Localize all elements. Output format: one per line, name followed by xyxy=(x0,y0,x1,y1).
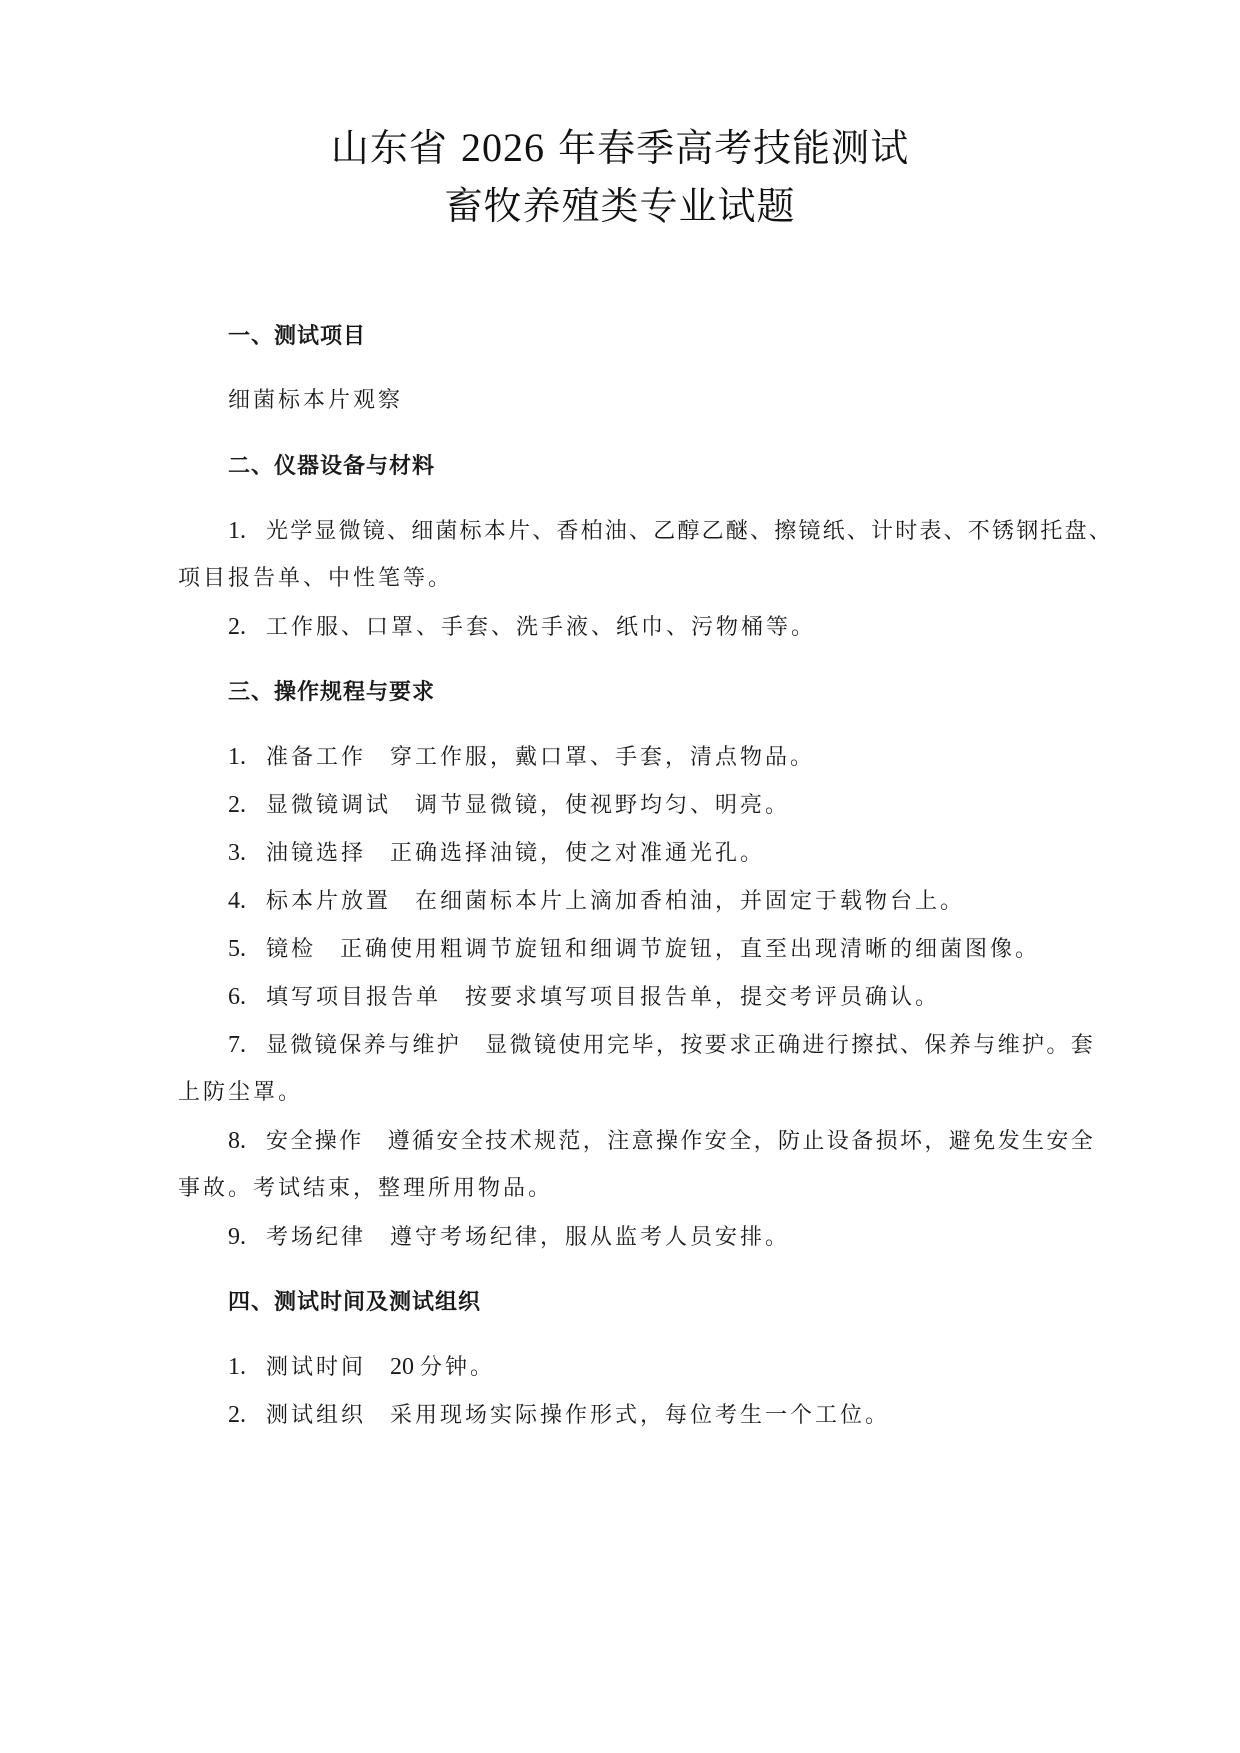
procedure-item-6: 6.填写项目报告单按要求填写项目报告单，提交考评员确认。 xyxy=(228,982,940,1013)
time-item-1: 1.测试时间20分钟。 xyxy=(228,1352,495,1383)
title-prefix: 山东省 xyxy=(331,126,448,170)
item-number: 9. xyxy=(228,1222,266,1252)
time-item-2: 2.测试组织采用现场实际操作形式，每位考生一个工位。 xyxy=(228,1400,890,1431)
procedure-item-4: 4.标本片放置在细菌标本片上滴加香柏油，并固定于载物台上。 xyxy=(228,886,965,917)
item-text: 按要求填写项目报告单，提交考评员确认。 xyxy=(465,985,940,1010)
item-number: 4. xyxy=(228,886,266,916)
equipment-item-1-continuation: 项目报告单、中性笔等。 xyxy=(178,564,453,594)
item-text: 正确使用粗调节旋钮和细调节旋钮，直至出现清晰的细菌图像。 xyxy=(340,937,1040,962)
item-label: 考场纪律 xyxy=(266,1225,366,1250)
title-suffix: 年春季高考技能测试 xyxy=(558,126,909,170)
procedure-item-9: 9.考场纪律遵守考场纪律，服从监考人员安排。 xyxy=(228,1222,790,1253)
procedure-item-8: 8.安全操作遵循安全技术规范，注意操作安全，防止设备损坏，避免发生安全 xyxy=(228,1126,1095,1157)
procedure-item-3: 3.油镜选择正确选择油镜，使之对准通光孔。 xyxy=(228,838,765,869)
item-number: 1. xyxy=(228,742,266,772)
item-number: 8. xyxy=(228,1126,266,1156)
item-number: 6. xyxy=(228,982,266,1012)
procedure-item-7-continuation: 上防尘罩。 xyxy=(178,1078,303,1108)
item-text: 正确选择油镜，使之对准通光孔。 xyxy=(390,841,765,866)
item-text: 穿工作服，戴口罩、手套，清点物品。 xyxy=(390,745,815,770)
item-number: 2. xyxy=(228,1400,266,1430)
item-label: 油镜选择 xyxy=(266,841,366,866)
item-text: 工作服、口罩、手套、洗手液、纸巾、污物桶等。 xyxy=(266,615,816,640)
item-label: 显微镜调试 xyxy=(266,793,391,818)
section-heading-time-organization: 四、测试时间及测试组织 xyxy=(228,1288,481,1318)
item-label: 测试时间 xyxy=(266,1355,366,1380)
item-label: 填写项目报告单 xyxy=(266,985,441,1010)
item-text: 显微镜使用完毕，按要求正确进行擦拭、保养与维护。套 xyxy=(485,1033,1095,1058)
title-year: 2026 xyxy=(461,125,545,170)
procedure-item-2: 2.显微镜调试调节显微镜，使视野均匀、明亮。 xyxy=(228,790,790,821)
procedure-item-1: 1.准备工作穿工作服，戴口罩、手套，清点物品。 xyxy=(228,742,815,773)
item-text: 分钟。 xyxy=(420,1355,495,1380)
item-text: 遵循安全技术规范，注意操作安全，防止设备损坏，避免发生安全 xyxy=(388,1129,1096,1154)
equipment-item-2: 2.工作服、口罩、手套、洗手液、纸巾、污物桶等。 xyxy=(228,612,816,643)
section-heading-test-item: 一、测试项目 xyxy=(228,322,366,352)
procedure-item-7: 7.显微镜保养与维护显微镜使用完毕，按要求正确进行擦拭、保养与维护。套 xyxy=(228,1030,1095,1061)
item-number: 1. xyxy=(228,516,266,546)
item-text: 光学显微镜、细菌标本片、香柏油、乙醇乙醚、擦镜纸、计时表、不锈钢托盘、 xyxy=(266,519,1113,544)
item-label: 测试组织 xyxy=(266,1403,366,1428)
item-label: 标本片放置 xyxy=(266,889,391,914)
test-duration-value: 20 xyxy=(390,1354,414,1380)
procedure-item-5: 5.镜检正确使用粗调节旋钮和细调节旋钮，直至出现清晰的细菌图像。 xyxy=(228,934,1040,965)
item-label: 镜检 xyxy=(266,937,316,962)
item-label: 显微镜保养与维护 xyxy=(266,1033,461,1058)
item-number: 3. xyxy=(228,838,266,868)
item-label: 安全操作 xyxy=(266,1129,364,1154)
section-heading-equipment: 二、仪器设备与材料 xyxy=(228,452,435,482)
item-text: 采用现场实际操作形式，每位考生一个工位。 xyxy=(390,1403,890,1428)
document-title-line2: 畜牧养殖类专业试题 xyxy=(0,182,1240,230)
section-heading-procedures: 三、操作规程与要求 xyxy=(228,678,435,708)
document-title-line1: 山东省 2026 年春季高考技能测试 xyxy=(0,124,1240,172)
item-text: 调节显微镜，使视野均匀、明亮。 xyxy=(415,793,790,818)
document-page: 山东省 2026 年春季高考技能测试 畜牧养殖类专业试题 一、测试项目 细菌标本… xyxy=(0,0,1240,1753)
item-number: 7. xyxy=(228,1030,266,1060)
item-text: 在细菌标本片上滴加香柏油，并固定于载物台上。 xyxy=(415,889,965,914)
test-item-text: 细菌标本片观察 xyxy=(228,386,403,416)
item-label: 准备工作 xyxy=(266,745,366,770)
item-number: 5. xyxy=(228,934,266,964)
procedure-item-8-continuation: 事故。考试结束，整理所用物品。 xyxy=(178,1174,553,1204)
equipment-item-1: 1.光学显微镜、细菌标本片、香柏油、乙醇乙醚、擦镜纸、计时表、不锈钢托盘、 xyxy=(228,516,1113,547)
item-number: 1. xyxy=(228,1352,266,1382)
item-number: 2. xyxy=(228,612,266,642)
item-text: 遵守考场纪律，服从监考人员安排。 xyxy=(390,1225,790,1250)
item-number: 2. xyxy=(228,790,266,820)
